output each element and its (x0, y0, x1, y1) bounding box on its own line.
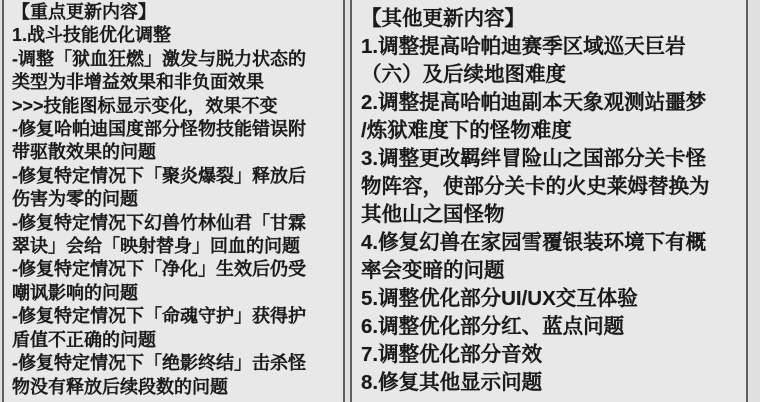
update-note: -调整「狱血狂燃」激发与脱力状态的 类型为非增益效果和非负面效果 (12, 48, 338, 95)
key-updates-title: 【重点更新内容】 (12, 1, 338, 24)
other-updates-title: 【其他更新内容】 (361, 5, 741, 33)
update-note: 1.战斗技能优化调整 (12, 24, 338, 47)
update-note: 5.调整优化部分UI/UX交互体验 (361, 285, 741, 313)
update-note: >>>技能图标显示变化，效果不变 (12, 95, 338, 118)
other-updates-panel: 【其他更新内容】 1.调整提高哈帕迪赛季区域巡天巨岩 （六）及后续地图难度 2.… (350, 0, 748, 402)
update-note: -修复特定情况下「净化」生效后仍受 嘲讽影响的问题 (12, 258, 338, 305)
update-note: -修复特定情况下「聚炎爆裂」释放后 伤害为零的问题 (12, 165, 338, 212)
update-note: -修复特定情况下幻兽竹林仙君「甘霖 翠诀」会给「映射替身」回血的问题 (12, 212, 338, 259)
update-note: -修复特定情况下「绝影终结」击杀怪 物没有释放后续段数的问题 (12, 352, 338, 399)
update-note: 1.调整提高哈帕迪赛季区域巡天巨岩 （六）及后续地图难度 (361, 33, 741, 89)
update-note: 6.调整优化部分红、蓝点问题 (361, 313, 741, 341)
update-note: 3.调整更改羁绊冒险山之国部分关卡怪 物阵容，使部分关卡的火史莱姆替换为 其他山… (361, 145, 741, 229)
key-updates-panel: 【重点更新内容】 1.战斗技能优化调整 -调整「狱血狂燃」激发与脱力状态的 类型… (2, 0, 345, 402)
update-note: -修复特定情况下「命魂守护」获得护 盾值不正确的问题 (12, 305, 338, 352)
update-note: 2.调整提高哈帕迪副本天象观测站噩梦 /炼狱难度下的怪物难度 (361, 89, 741, 145)
update-note: -修复哈帕迪国度部分怪物技能错误附 带驱散效果的问题 (12, 118, 338, 165)
update-note: 8.修复其他显示问题 (361, 369, 741, 397)
update-note: 4.修复幻兽在家园雪覆银装环境下有概 率会变暗的问题 (361, 229, 741, 285)
update-note: 7.调整优化部分音效 (361, 341, 741, 369)
